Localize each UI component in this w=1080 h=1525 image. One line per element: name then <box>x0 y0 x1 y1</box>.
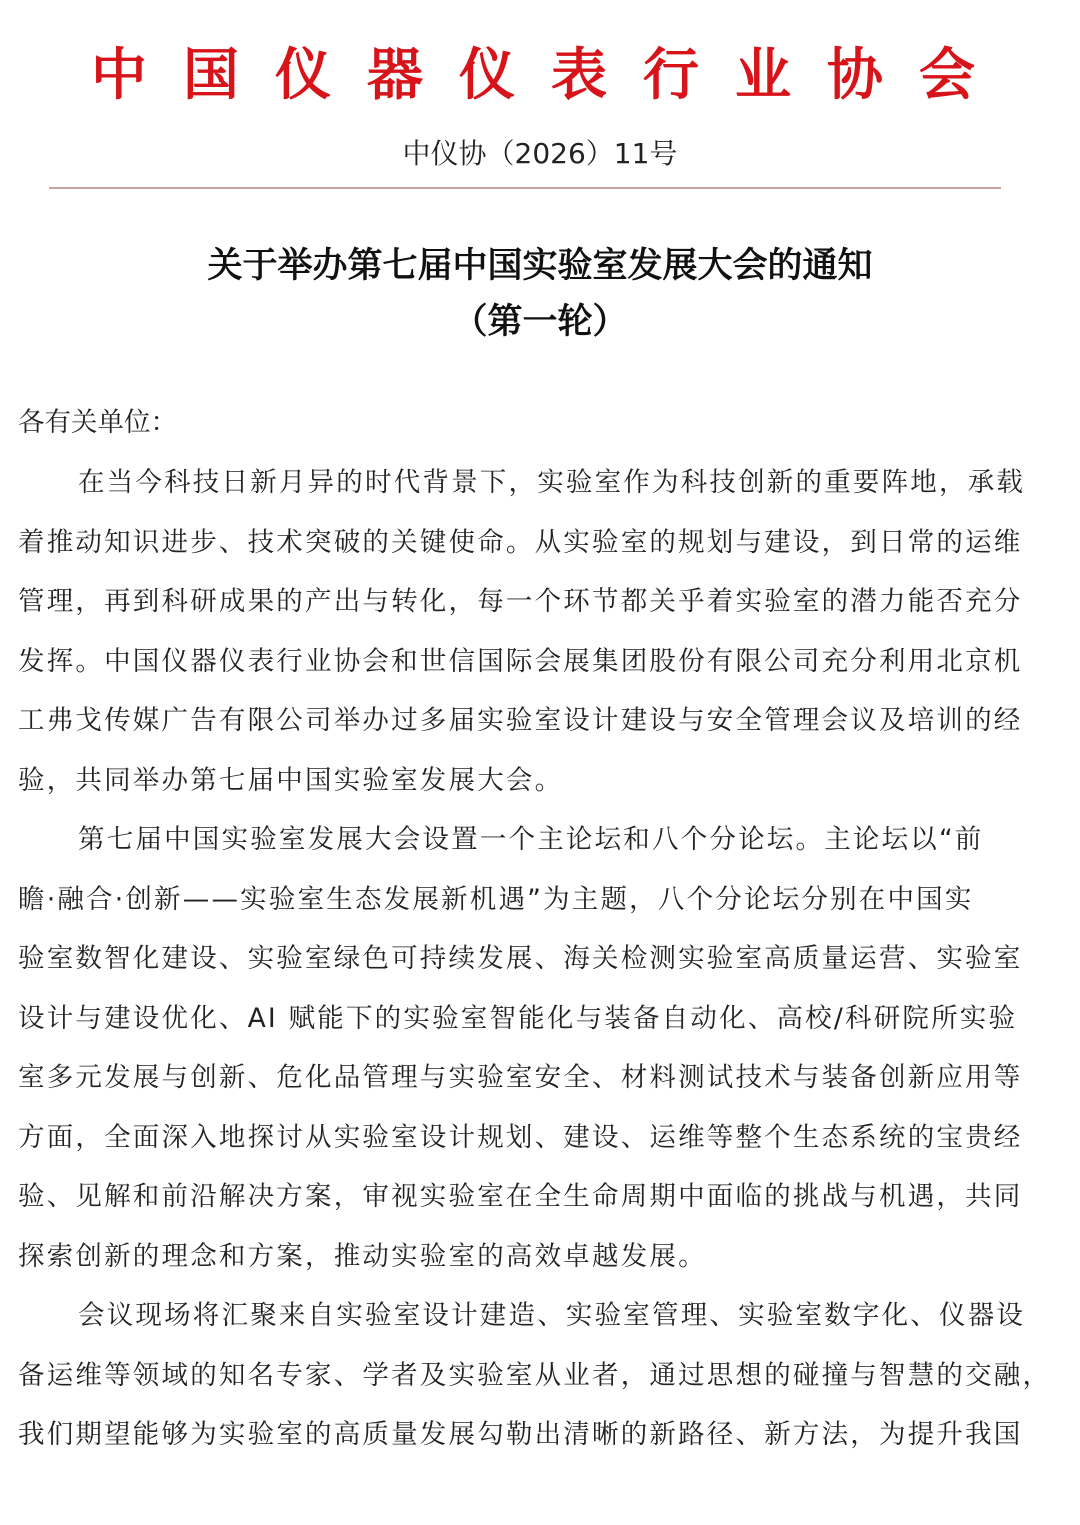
paragraph-1-line-1: 在当今科技日新月异的时代背景下，实验室作为科技创新的重要阵地，承载 <box>78 462 1068 504</box>
paragraph-1-line-2: 着推动知识进步、技术突破的关键使命。从实验室的规划与建设，到日常的运维 <box>18 522 1068 564</box>
paragraph-2-line-4: 设计与建设优化、AI 赋能下的实验室智能化与装备自动化、高校/科研院所实验 <box>18 998 1068 1040</box>
paragraph-2-line-2: 瞻·融合·创新——实验室生态发展新机遇”为主题，八个分论坛分别在中国实 <box>18 879 1068 921</box>
paragraph-2-line-1: 第七届中国实验室发展大会设置一个主论坛和八个分论坛。主论坛以“前 <box>78 819 1068 861</box>
paragraph-2-line-6: 方面，全面深入地探讨从实验室设计规划、建设、运维等整个生态系统的宝贵经 <box>18 1117 1068 1159</box>
document-title: 关于举办第七届中国实验室发展大会的通知 <box>0 240 1080 292</box>
paragraph-2-line-8: 探索创新的理念和方案，推动实验室的高效卓越发展。 <box>18 1236 1068 1278</box>
paragraph-2-line-5: 室多元发展与创新、危化品管理与实验室安全、材料测试技术与装备创新应用等 <box>18 1057 1068 1099</box>
salutation: 各有关单位： <box>18 402 177 444</box>
header-divider <box>49 187 1001 189</box>
paragraph-3-line-1: 会议现场将汇聚来自实验室设计建造、实验室管理、实验室数字化、仪器设 <box>78 1295 1068 1337</box>
paragraph-1-line-4: 发挥。中国仪器仪表行业协会和世信国际会展集团股份有限公司充分利用北京机 <box>18 641 1068 683</box>
paragraph-2-line-7: 验、见解和前沿解决方案，审视实验室在全生命周期中面临的挑战与机遇，共同 <box>18 1176 1068 1218</box>
paragraph-2-line-3: 验室数智化建设、实验室绿色可持续发展、海关检测实验室高质量运营、实验室 <box>18 938 1068 980</box>
document-number: 中仪协（2026）11号 <box>0 134 1080 174</box>
organization-header: 中国仪器仪表行业协会 <box>0 40 1080 112</box>
paragraph-3-line-3: 我们期望能够为实验室的高质量发展勾勒出清晰的新路径、新方法，为提升我国 <box>18 1414 1068 1456</box>
paragraph-1-line-6: 验，共同举办第七届中国实验室发展大会。 <box>18 760 1068 802</box>
paragraph-3-line-2: 备运维等领域的知名专家、学者及实验室从业者，通过思想的碰撞与智慧的交融， <box>18 1355 1068 1397</box>
paragraph-1-line-5: 工弗戈传媒广告有限公司举办过多届实验室设计建设与安全管理会议及培训的经 <box>18 700 1068 742</box>
paragraph-1-line-3: 管理，再到科研成果的产出与转化，每一个环节都关乎着实验室的潜力能否充分 <box>18 581 1068 623</box>
document-subtitle: （第一轮） <box>0 296 1080 348</box>
